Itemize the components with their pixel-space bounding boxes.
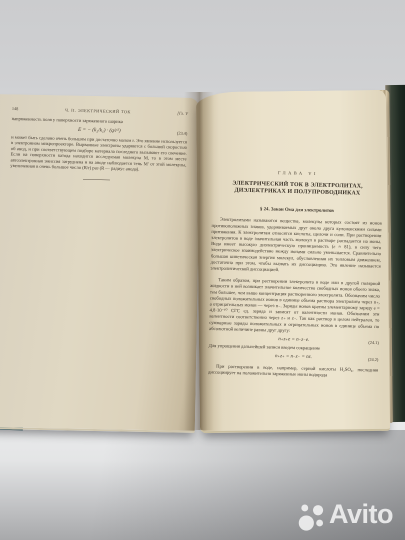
chapter-title: ЭЛЕКТРИЧЕСКИЙ ТОК В ЭЛЕКТРОЛИТАХ, ДИЭЛЕК… [212, 179, 382, 197]
equation-number: (24.1) [368, 339, 379, 345]
page-number: 148 [12, 106, 19, 112]
formula-23-4: E = − (k₂/k₁) · (q/r²) [78, 127, 121, 134]
right-page-paragraph-1: Электролитами называются вещества, молек… [210, 217, 381, 276]
section-heading: § 24. Закон Ома для электролитов [212, 205, 382, 215]
formula-24-2: n₊z₊ = n₋z₋ = nz. [275, 353, 312, 359]
left-page-content: 148 Ч. II. ЭЛЕКТРИЧЕСКИЙ ТОК [Гл. V напр… [10, 106, 188, 182]
right-page-content: ГЛАВА VI ЭЛЕКТРИЧЕСКИЙ ТОК В ЭЛЕКТРОЛИТА… [208, 168, 383, 380]
book-listing-photo: 148 Ч. II. ЭЛЕКТРИЧЕСКИЙ ТОК [Гл. V напр… [0, 0, 405, 540]
formula-24-1: n₊z₊e = n₋z₋e. [278, 336, 309, 342]
equation-number: (23.4) [177, 131, 188, 137]
avito-logo-icon [297, 503, 325, 531]
running-header-title: Ч. II. ЭЛЕКТРИЧЕСКИЙ ТОК [65, 107, 131, 115]
right-page-paragraph-2: Таким образом, при растворении электроли… [209, 277, 380, 336]
running-header-chapter: [Гл. V [177, 111, 188, 117]
equation-number: (24.2) [368, 357, 379, 363]
formula-24-2-row: n₊z₊ = n₋z₋ = nz. (24.2) [208, 352, 378, 362]
avito-watermark: Avito [297, 501, 393, 532]
left-page-paragraph: и может быть сделано очень большим при д… [10, 134, 187, 173]
avito-brand-text: Avito [329, 499, 393, 530]
